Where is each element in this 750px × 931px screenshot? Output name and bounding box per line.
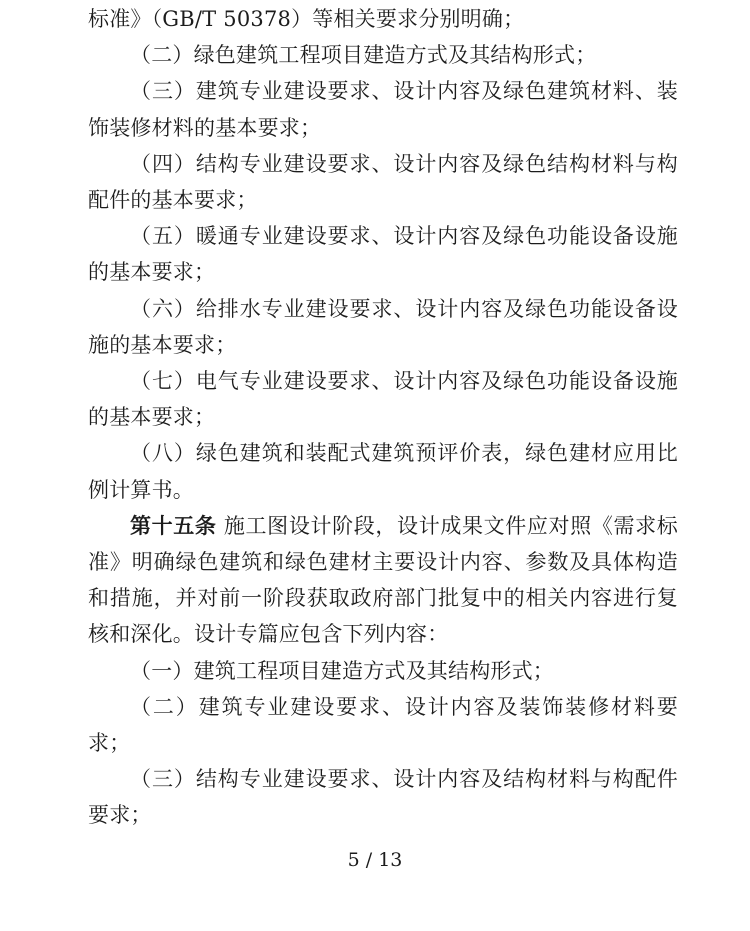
document-body: 标准》（GB/T 50378）等相关要求分别明确； （二）绿色建筑工程项目建造方…: [88, 1, 678, 834]
paragraph: 标准》（GB/T 50378）等相关要求分别明确；: [88, 1, 678, 37]
paragraph: （三）结构专业建设要求、设计内容及结构材料与构配件要求；: [88, 761, 678, 833]
page-footer: 5 / 13: [0, 849, 750, 871]
paragraph: （五）暖通专业建设要求、设计内容及绿色功能设备设施的基本要求；: [88, 218, 678, 290]
article-number: 第十五条: [130, 513, 217, 538]
paragraph: （六）给排水专业建设要求、设计内容及绿色功能设备设施的基本要求；: [88, 291, 678, 363]
paragraph: （二）绿色建筑工程项目建造方式及其结构形式；: [88, 37, 678, 73]
paragraph-article-15: 第十五条 施工图设计阶段，设计成果文件应对照《需求标准》明确绿色建筑和绿色建材主…: [88, 508, 678, 653]
paragraph: （一）建筑工程项目建造方式及其结构形式；: [88, 653, 678, 689]
paragraph: （八）绿色建筑和装配式建筑预评价表，绿色建材应用比例计算书。: [88, 435, 678, 507]
page-number: 5 / 13: [348, 849, 403, 871]
paragraph: （二）建筑专业建设要求、设计内容及装饰装修材料要求；: [88, 689, 678, 761]
paragraph: （四）结构专业建设要求、设计内容及绿色结构材料与构配件的基本要求；: [88, 146, 678, 218]
paragraph: （七）电气专业建设要求、设计内容及绿色功能设备设施的基本要求；: [88, 363, 678, 435]
document-page: 标准》（GB/T 50378）等相关要求分别明确； （二）绿色建筑工程项目建造方…: [0, 0, 750, 931]
paragraph: （三）建筑专业建设要求、设计内容及绿色建筑材料、装饰装修材料的基本要求；: [88, 73, 678, 145]
